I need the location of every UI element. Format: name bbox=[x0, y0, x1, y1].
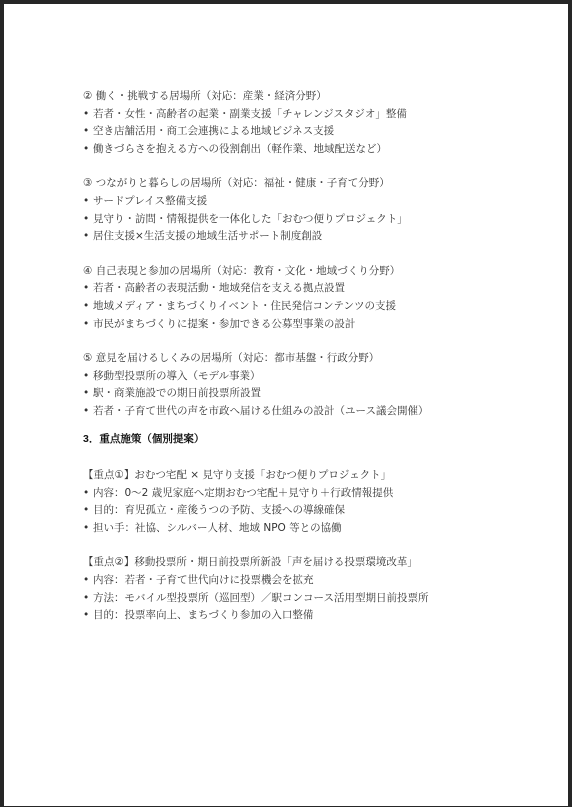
proposal-heading: 【重点①】おむつ宅配 × 見守り支援「おむつ便りプロジェクト」 bbox=[83, 467, 523, 485]
list-item: 見守り・訪問・情報提供を一体化した「おむつ便りプロジェクト」 bbox=[83, 211, 523, 229]
group-heading: ⑤ 意見を届けるしくみの居場所（対応：都市基盤・行政分野） bbox=[83, 350, 523, 368]
list-item: 方法：モバイル型投票所（巡回型）／駅コンコース活用型期日前投票所 bbox=[83, 590, 523, 608]
spacer bbox=[83, 158, 523, 175]
list-item: 内容：0〜2 歳児家庭へ定期おむつ宅配＋見守り＋行政情報提供 bbox=[83, 485, 523, 503]
list-item: 市民がまちづくりに提案・参加できる公募型事業の設計 bbox=[83, 316, 523, 334]
list-item: 若者・高齢者の表現活動・地域発信を支える拠点設置 bbox=[83, 280, 523, 298]
proposal-2: 【重点②】移動投票所・期日前投票所新設「声を届ける投票環境改革」 内容：若者・子… bbox=[83, 554, 523, 624]
group-expression-participation: ④ 自己表現と参加の居場所（対応：教育・文化・地域づくり分野） 若者・高齢者の表… bbox=[83, 263, 523, 333]
group-heading: ② 働く・挑戦する居場所（対応：産業・経済分野） bbox=[83, 88, 523, 106]
list-item: 担い手：社協、シルバー人材、地域 NPO 等との協働 bbox=[83, 520, 523, 538]
list-item: 移動型投票所の導入（モデル事業） bbox=[83, 368, 523, 386]
group-heading: ③ つながりと暮らしの居場所（対応：福祉・健康・子育て分野） bbox=[83, 175, 523, 193]
list-item: 駅・商業施設での期日前投票所設置 bbox=[83, 385, 523, 403]
list-item: 空き店舗活用・商工会連携による地域ビジネス支援 bbox=[83, 123, 523, 141]
spacer bbox=[83, 448, 523, 467]
document-page: ② 働く・挑戦する居場所（対応：産業・経済分野） 若者・女性・高齢者の起業・副業… bbox=[4, 4, 568, 806]
list-item: 目的：育児孤立・産後うつの予防、支援への導線確保 bbox=[83, 502, 523, 520]
list-item: 地域メディア・まちづくりイベント・住民発信コンテンツの支援 bbox=[83, 298, 523, 316]
group-connection-living: ③ つながりと暮らしの居場所（対応：福祉・健康・子育て分野） サードプレイス整備… bbox=[83, 175, 523, 245]
section-title: 3．重点施策（個別提案） bbox=[83, 431, 523, 449]
document-content: ② 働く・挑戦する居場所（対応：産業・経済分野） 若者・女性・高齢者の起業・副業… bbox=[83, 88, 523, 625]
spacer bbox=[83, 537, 523, 554]
list-item: サードプレイス整備支援 bbox=[83, 193, 523, 211]
proposal-heading: 【重点②】移動投票所・期日前投票所新設「声を届ける投票環境改革」 bbox=[83, 554, 523, 572]
list-item: 目的：投票率向上、まちづくり参加の入口整備 bbox=[83, 607, 523, 625]
list-item: 若者・女性・高齢者の起業・副業支援「チャレンジスタジオ」整備 bbox=[83, 106, 523, 124]
group-voice-mechanism: ⑤ 意見を届けるしくみの居場所（対応：都市基盤・行政分野） 移動型投票所の導入（… bbox=[83, 350, 523, 420]
proposal-1: 【重点①】おむつ宅配 × 見守り支援「おむつ便りプロジェクト」 内容：0〜2 歳… bbox=[83, 467, 523, 537]
list-item: 内容：若者・子育て世代向けに投票機会を拡充 bbox=[83, 572, 523, 590]
spacer bbox=[83, 246, 523, 263]
spacer bbox=[83, 333, 523, 350]
group-work-challenge: ② 働く・挑戦する居場所（対応：産業・経済分野） 若者・女性・高齢者の起業・副業… bbox=[83, 88, 523, 158]
list-item: 若者・子育て世代の声を市政へ届ける仕組みの設計（ユース議会開催） bbox=[83, 403, 523, 421]
list-item: 働きづらさを抱える方への役割創出（軽作業、地域配送など） bbox=[83, 141, 523, 159]
list-item: 居住支援×生活支援の地域生活サポート制度創設 bbox=[83, 228, 523, 246]
group-heading: ④ 自己表現と参加の居場所（対応：教育・文化・地域づくり分野） bbox=[83, 263, 523, 281]
